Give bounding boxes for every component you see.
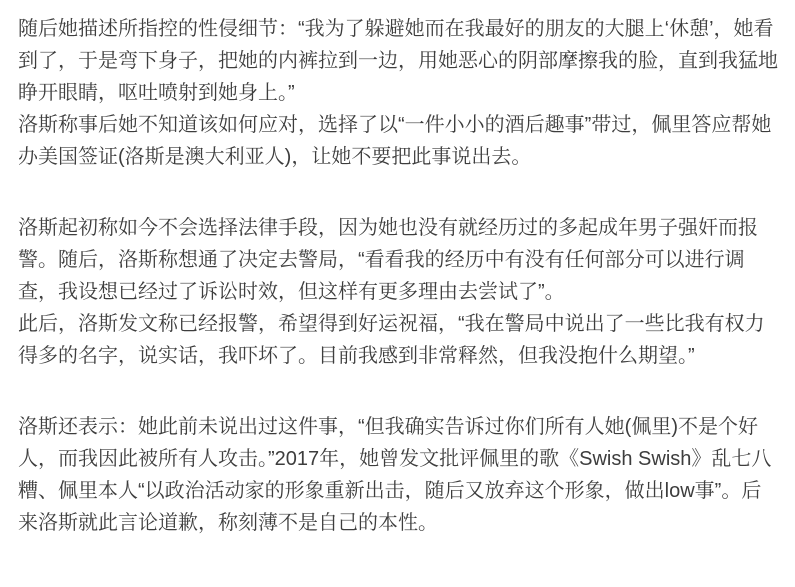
paragraph-2: 洛斯称事后她不知道该如何应对，选择了以“一件小小的酒后趣事”带过，佩里答应帮她办…: [18, 109, 778, 173]
paragraph-3: 洛斯起初称如今不会选择法律手段，因为她也没有就经历过的多起成年男子强奸而报警。随…: [18, 212, 778, 308]
paragraph-1: 随后她描述所指控的性侵细节：“我为了躲避她而在我最好的朋友的大腿上‘休憩’，她看…: [18, 13, 778, 109]
paragraph-4: 此后，洛斯发文称已经报警，希望得到好运祝福，“我在警局中说出了一些比我有权力得多…: [18, 308, 778, 372]
article-body: 随后她描述所指控的性侵细节：“我为了躲避她而在我最好的朋友的大腿上‘休憩’，她看…: [0, 0, 795, 539]
paragraph-5: 洛斯还表示：她此前未说出过这件事，“但我确实告诉过你们所有人她(佩里)不是个好人…: [18, 411, 778, 539]
